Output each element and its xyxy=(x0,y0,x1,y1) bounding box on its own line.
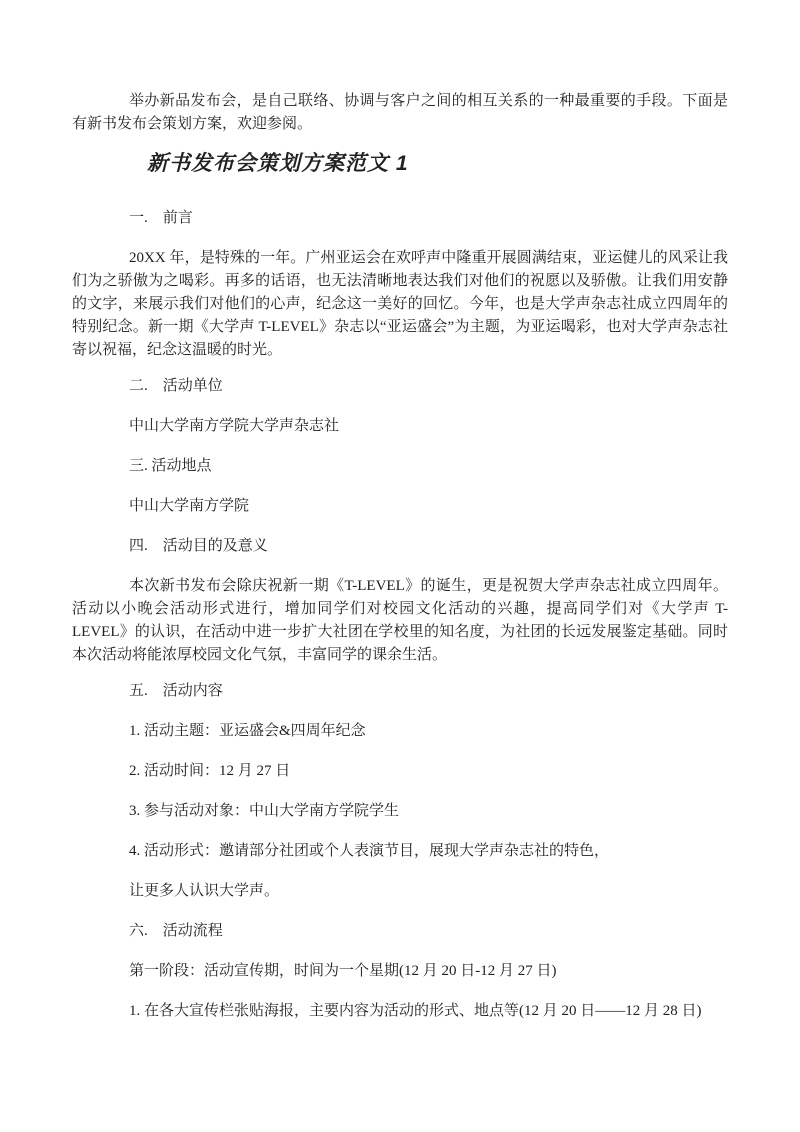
section-heading-content: 五. 活动内容 xyxy=(72,680,728,703)
location-line: 中山大学南方学院 xyxy=(72,495,728,518)
section-heading-location: 三. 活动地点 xyxy=(72,455,728,478)
content-item-format: 4. 活动形式：邀请部分社团或个人表演节目，展现大学声杂志社的特色， xyxy=(72,840,728,863)
preface-paragraph: 20XX 年，是特殊的一年。广州亚运会在欢呼声中隆重开展圆满结束，亚运健儿的风采… xyxy=(72,247,728,362)
document-page: 举办新品发布会，是自己联络、协调与客户之间的相互关系的一种最重要的手段。下面是有… xyxy=(0,0,800,1132)
process-stage-one-item: 1. 在各大宣传栏张贴海报，主要内容为活动的形式、地点等(12 月 20 日——… xyxy=(72,1000,728,1023)
content-item-participants: 3. 参与活动对象：中山大学南方学院学生 xyxy=(72,800,728,823)
intro-paragraph: 举办新品发布会，是自己联络、协调与客户之间的相互关系的一种最重要的手段。下面是有… xyxy=(72,90,728,136)
section-heading-purpose: 四. 活动目的及意义 xyxy=(72,535,728,558)
organizer-line: 中山大学南方学院大学声杂志社 xyxy=(72,415,728,438)
section-heading-preface: 一. 前言 xyxy=(72,207,728,230)
purpose-paragraph: 本次新书发布会除庆祝新一期《T-LEVEL》的诞生，更是祝贺大学声杂志社成立四周… xyxy=(72,575,728,667)
section-heading-organizer: 二. 活动单位 xyxy=(72,375,728,398)
process-stage-one: 第一阶段：活动宣传期，时间为一个星期(12 月 20 日-12 月 27 日) xyxy=(72,960,728,983)
content-item-time: 2. 活动时间：12 月 27 日 xyxy=(72,760,728,783)
content-item-theme: 1. 活动主题：亚运盛会&四周年纪念 xyxy=(72,720,728,743)
section-heading-process: 六. 活动流程 xyxy=(72,920,728,943)
document-title: 新书发布会策划方案范文 1 xyxy=(72,151,728,177)
content-item-format-continued: 让更多人认识大学声。 xyxy=(72,880,728,903)
